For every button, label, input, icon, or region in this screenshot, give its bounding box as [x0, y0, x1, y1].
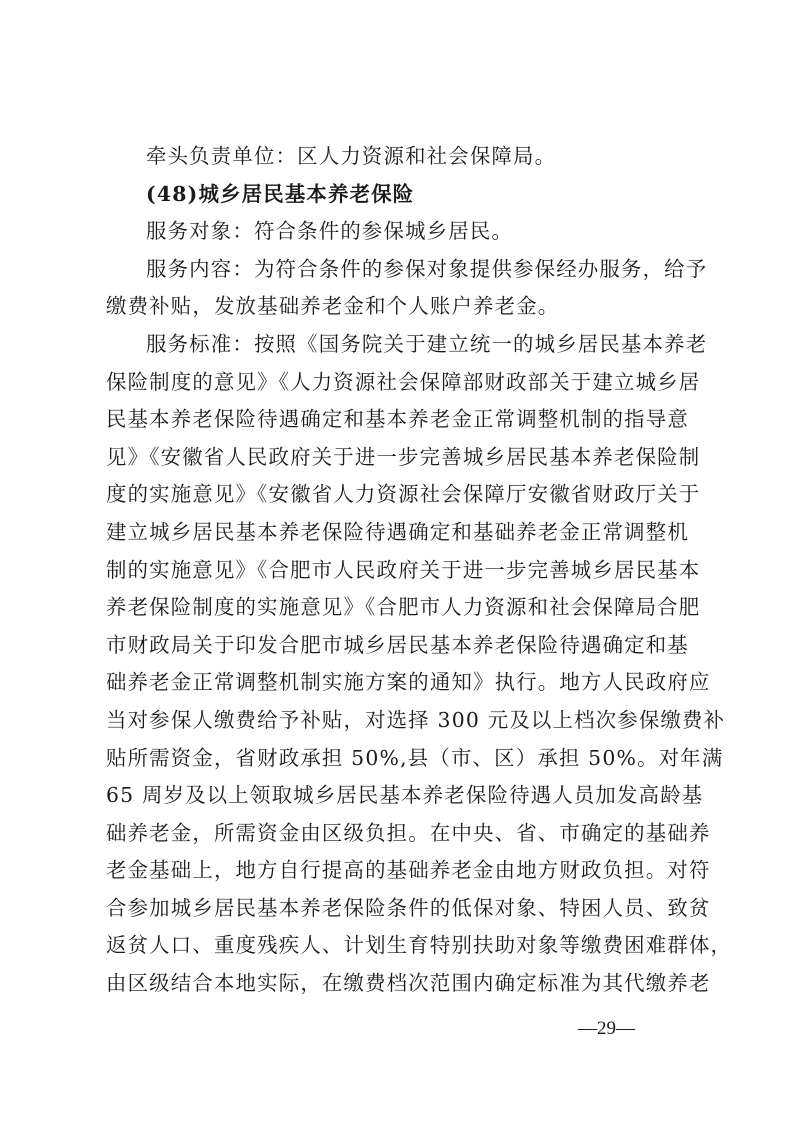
service-standard-line: 服务标准：按照《国务院关于建立统一的城乡居民基本养老 [106, 326, 686, 364]
paragraph-line: 市财政局关于印发合肥市城乡居民基本养老保险待遇确定和基 [106, 627, 686, 665]
document-body: 牵头负责单位：区人力资源和社会保障局。 (48)城乡居民基本养老保险 服务对象：… [106, 138, 686, 1003]
paragraph-line: 返贫人口、重度残疾人、计划生育特别扶助对象等缴费困难群体， [106, 927, 686, 965]
paragraph-line: 度的实施意见》《安徽省人力资源社会保障厅安徽省财政厅关于 [106, 476, 686, 514]
paragraph-line: 础养老金正常调整机制实施方案的通知》执行。地方人民政府应 [106, 664, 686, 702]
service-target-line: 服务对象：符合条件的参保城乡居民。 [106, 213, 686, 251]
paragraph-line: 由区级结合本地实际，在缴费档次范围内确定标准为其代缴养老 [106, 965, 686, 1003]
paragraph-line: 贴所需资金，省财政承担 50%,县（市、区）承担 50%。对年满 [106, 740, 686, 778]
paragraph-line: 当对参保人缴费给予补贴，对选择 300 元及以上档次参保缴费补 [106, 702, 686, 740]
section-heading: (48)城乡居民基本养老保险 [106, 176, 686, 214]
paragraph-line: 老金基础上，地方自行提高的基础养老金由地方财政负担。对符 [106, 852, 686, 890]
paragraph-line: 65 周岁及以上领取城乡居民基本养老保险待遇人员加发高龄基 [106, 777, 686, 815]
service-content-line: 缴费补贴，发放基础养老金和个人账户养老金。 [106, 288, 686, 326]
paragraph-line: 见》《安徽省人民政府关于进一步完善城乡居民基本养老保险制 [106, 439, 686, 477]
paragraph-line: 养老保险制度的实施意见》《合肥市人力资源和社会保障局合肥 [106, 589, 686, 627]
paragraph-line: 制的实施意见》《合肥市人民政府关于进一步完善城乡居民基本 [106, 552, 686, 590]
paragraph-line: 合参加城乡居民基本养老保险条件的低保对象、特困人员、致贫 [106, 890, 686, 928]
service-content-line: 服务内容：为符合条件的参保对象提供参保经办服务，给予 [106, 251, 686, 289]
paragraph-line: 础养老金，所需资金由区级负担。在中央、省、市确定的基础养 [106, 815, 686, 853]
paragraph-line: 建立城乡居民基本养老保险待遇确定和基础养老金正常调整机 [106, 514, 686, 552]
paragraph-line: 民基本养老保险待遇确定和基本养老金正常调整机制的指导意 [106, 401, 686, 439]
responsible-unit-line: 牵头负责单位：区人力资源和社会保障局。 [106, 138, 686, 176]
page-number: —29— [578, 1018, 635, 1040]
paragraph-line: 保险制度的意见》《人力资源社会保障部财政部关于建立城乡居 [106, 364, 686, 402]
